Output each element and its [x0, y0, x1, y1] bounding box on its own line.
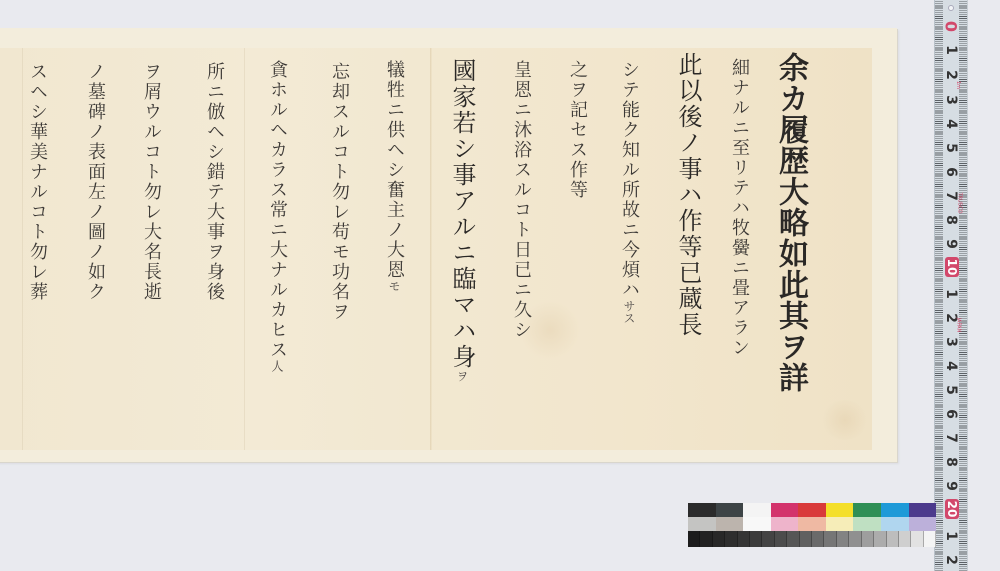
- ruler-ticks-left: [935, 0, 943, 571]
- text-column-12: ヲ屑ウルコト勿レ大名長逝: [142, 62, 160, 302]
- grayscale-step-row: [688, 531, 936, 547]
- color-patch: [853, 503, 881, 517]
- color-patch: [713, 531, 725, 547]
- ruler-label: 3: [943, 335, 959, 349]
- color-patch: [881, 503, 909, 517]
- color-patch: [800, 531, 812, 547]
- ruler-label: 5: [943, 383, 959, 397]
- color-patch: [771, 503, 799, 517]
- text-column-10: 貪ホルヘカラス常ニ大ナルカヒス人: [268, 60, 286, 372]
- ruler-label: 9: [943, 479, 959, 493]
- text-column-4: シテ能ク知ル所故ニ今煩ハサス: [620, 60, 638, 324]
- color-patch: [909, 517, 937, 531]
- color-patch: [743, 517, 771, 531]
- ruler-label: 8: [943, 213, 959, 227]
- color-patch-row-primary: [688, 503, 936, 517]
- color-patch: [716, 503, 744, 517]
- text-column-6: 皇恩ニ沐浴スルコト日已ニ久シ: [512, 60, 530, 340]
- color-patch: [798, 503, 826, 517]
- ruler-label: 6: [943, 407, 959, 421]
- ruler-brand-mark: TRUSCO: [956, 193, 962, 214]
- ruler-brand-mark: JAPAN: [955, 318, 961, 333]
- color-patch: [688, 503, 716, 517]
- color-patch: [787, 531, 799, 547]
- color-patch: [899, 531, 911, 547]
- color-patch: [853, 517, 881, 531]
- text-column-7: 國家若シ事アルニ臨マハ身ヲ: [450, 58, 474, 382]
- text-column-3: 此以後ノ事ハ作等已蔵長: [676, 52, 700, 338]
- sheet-seam: [430, 48, 432, 450]
- ruler-label: 9: [943, 237, 959, 251]
- measuring-ruler: 0 1 2 3 4 5 6 7 8 9 10 1 2 3 4 5 6 7 8 9…: [934, 0, 968, 571]
- color-patch-row-tint: [688, 517, 936, 531]
- color-patch: [716, 517, 744, 531]
- ruler-label: 5: [943, 141, 959, 155]
- color-patch: [700, 531, 712, 547]
- color-patch: [909, 503, 937, 517]
- color-patch: [688, 517, 716, 531]
- text-column-8: 犠牲ニ供ヘシ奮主ノ大恩モ: [385, 60, 403, 292]
- text-column-9: 忘却スルコト勿レ苟モ功名ヲ: [330, 62, 348, 322]
- color-patch: [826, 517, 854, 531]
- color-patch: [849, 531, 861, 547]
- color-patch: [743, 503, 771, 517]
- color-patch: [911, 531, 923, 547]
- color-patch: [688, 531, 700, 547]
- ruler-label-0: 0: [942, 20, 961, 34]
- color-patch: [775, 531, 787, 547]
- manuscript-scan: 余カ履歴大略如此其ヲ詳 細ナルニ至リテハ牧黌ニ畳アラン 此以後ノ事ハ作等已蔵長 …: [0, 0, 1000, 571]
- ruler-label-20: 20: [945, 499, 959, 519]
- color-patch: [837, 531, 849, 547]
- ruler-label: 8: [943, 455, 959, 469]
- text-column-13: ノ墓碑ノ表面左ノ圖ノ如ク: [86, 62, 104, 302]
- ruler-label: 7: [943, 431, 959, 445]
- text-column-11: 所ニ倣ヘシ錯テ大事ヲ身後: [205, 62, 223, 302]
- ruler-label: 1: [943, 529, 959, 543]
- color-calibration-chart: [688, 503, 936, 547]
- ruler-label: 3: [943, 93, 959, 107]
- color-patch: [887, 531, 899, 547]
- ruler-hanging-hole: [948, 5, 954, 11]
- ruler-label: 2: [943, 68, 959, 82]
- ruler-label: 1: [943, 287, 959, 301]
- text-column-2: 細ナルニ至リテハ牧黌ニ畳アラン: [730, 58, 748, 358]
- color-patch: [881, 517, 909, 531]
- color-patch: [798, 517, 826, 531]
- text-column-5: 之ヲ記セス作等: [568, 60, 586, 200]
- color-patch: [862, 531, 874, 547]
- ruler-brand-mark: 1m: [955, 81, 961, 89]
- color-patch: [750, 531, 762, 547]
- text-column-14: スヘシ華美ナルコト勿レ葬: [28, 62, 46, 302]
- ruler-label: 2: [943, 553, 959, 567]
- color-patch: [771, 517, 799, 531]
- text-column-1: 余カ履歴大略如此其ヲ詳: [775, 52, 805, 393]
- color-patch: [762, 531, 774, 547]
- ruler-label: 4: [943, 117, 959, 131]
- color-patch: [738, 531, 750, 547]
- color-patch: [874, 531, 886, 547]
- color-patch: [812, 531, 824, 547]
- fold-line: [22, 48, 23, 450]
- ruler-label: 6: [943, 165, 959, 179]
- color-patch: [824, 531, 836, 547]
- ruler-label-10: 10: [945, 257, 959, 277]
- color-patch: [725, 531, 737, 547]
- ruler-label: 1: [943, 43, 959, 57]
- paper-stain: [820, 400, 870, 440]
- ruler-label: 4: [943, 359, 959, 373]
- color-patch: [924, 531, 936, 547]
- color-patch: [826, 503, 854, 517]
- fold-line: [244, 48, 245, 450]
